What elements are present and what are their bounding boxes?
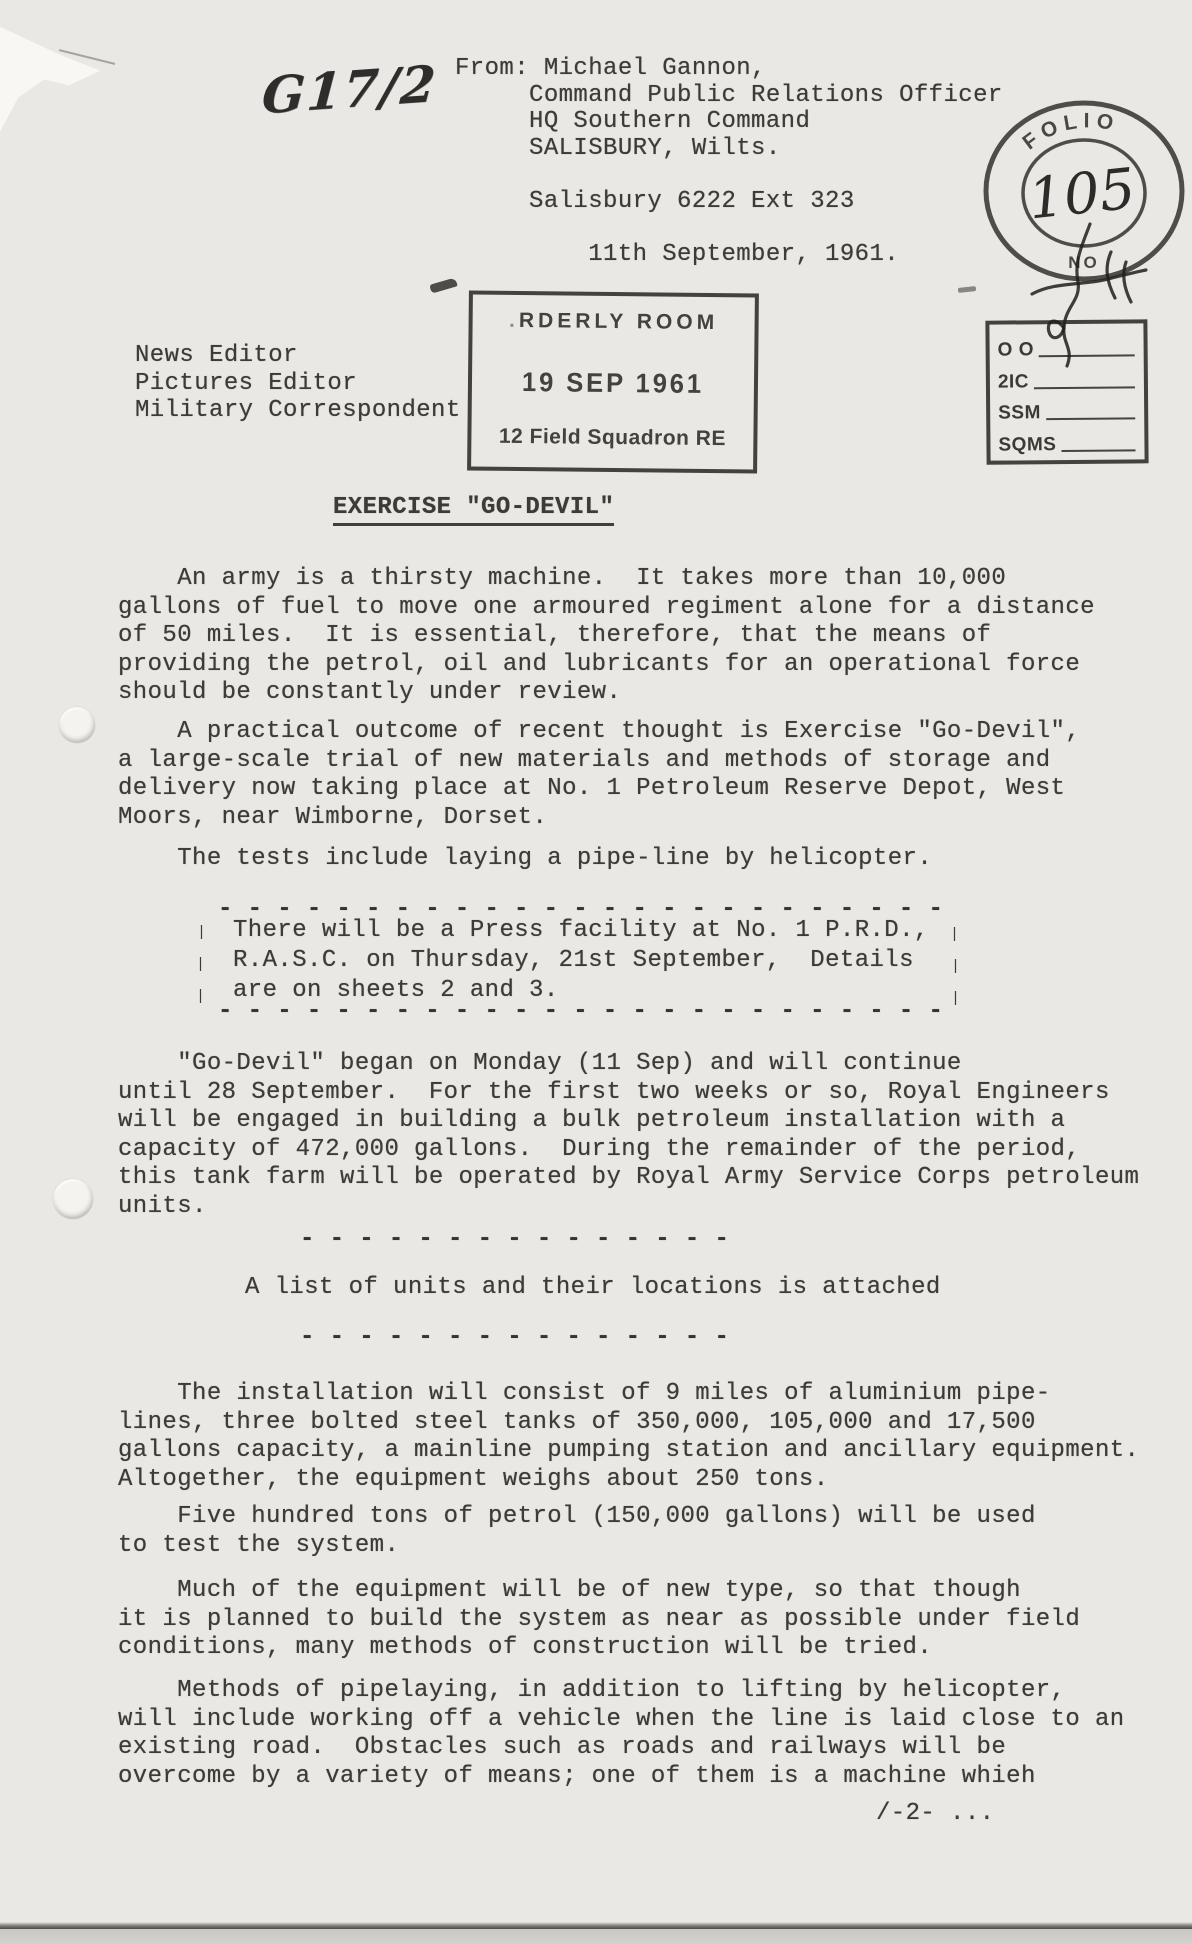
- folio-arc-label: FOLIO: [1016, 101, 1126, 157]
- page-number-footer: /-2- ...: [876, 1800, 994, 1829]
- letterhead-block: From: Michael Gannon, Command Public Rel…: [455, 56, 1003, 268]
- hole-punch-top: [59, 707, 95, 743]
- press-box-tick: |: [950, 926, 959, 943]
- ink-smudge: [958, 286, 976, 293]
- recipients-list: News Editor Pictures Editor Military Cor…: [135, 342, 461, 425]
- paragraph-8: Methods of pipelaying, in addition to li…: [118, 1677, 1125, 1791]
- stamp-title-remnant: .: [509, 309, 519, 332]
- separator-dashes-1: - - - - - - - - - - - - - - -: [300, 1226, 729, 1255]
- routing-row: SQMS: [998, 424, 1135, 457]
- press-box-tick: |: [951, 958, 960, 975]
- paragraph-6: Five hundred tons of petrol (150,000 gal…: [118, 1503, 1036, 1560]
- routing-blank-line: [1061, 449, 1135, 452]
- signature-scribble: [1014, 218, 1164, 388]
- orderly-stamp-title: .RDERLY ROOM: [473, 309, 755, 336]
- paragraph-7: Much of the equipment will be of new typ…: [118, 1577, 1080, 1663]
- exercise-title: EXERCISE "GO-DEVIL": [333, 494, 614, 523]
- paragraph-2: A practical outcome of recent thought is…: [118, 718, 1080, 832]
- press-box-tick: |: [196, 988, 205, 1005]
- ink-smudge: [429, 277, 457, 293]
- paragraph-3: The tests include laying a pipe-line by …: [118, 845, 932, 874]
- separator-dashes-2: - - - - - - - - - - - - - - -: [300, 1324, 729, 1353]
- press-box-tick: |: [197, 924, 206, 941]
- scan-edge-shadow: [0, 1922, 1192, 1929]
- routing-label: SQMS: [998, 434, 1056, 457]
- press-notice-bottom-dashes: - - - - - - - - - - - - - - - - - - - - …: [218, 998, 943, 1027]
- routing-row: SSM: [998, 392, 1135, 425]
- paragraph-4: "Go-Devil" began on Monday (11 Sep) and …: [118, 1050, 1139, 1221]
- scanned-letter-page: G17/2 From: Michael Gannon, Command Publ…: [0, 0, 1192, 1944]
- routing-label: SSM: [998, 402, 1041, 424]
- paragraph-1: An army is a thirsty machine. It takes m…: [118, 565, 1095, 708]
- orderly-room-stamp: .RDERLY ROOM 19 SEP 1961 12 Field Squadr…: [467, 290, 759, 473]
- routing-blank-line: [1046, 418, 1135, 421]
- attached-note: A list of units and their locations is a…: [245, 1274, 941, 1303]
- reference-number: G17/2: [260, 54, 439, 126]
- exercise-title-text: EXERCISE "GO-DEVIL": [333, 494, 614, 526]
- hole-punch-bottom: [53, 1179, 93, 1219]
- press-notice-body: There will be a Press facility at No. 1 …: [233, 916, 929, 1006]
- orderly-stamp-date: 19 SEP 1961: [479, 367, 747, 401]
- orderly-stamp-unit: 12 Field Squadron RE: [471, 425, 753, 452]
- torn-corner: [0, 22, 152, 144]
- press-box-tick: |: [951, 990, 960, 1007]
- press-box-tick: |: [196, 956, 205, 973]
- scan-edge-strip: [0, 1929, 1192, 1944]
- paragraph-5: The installation will consist of 9 miles…: [118, 1380, 1139, 1494]
